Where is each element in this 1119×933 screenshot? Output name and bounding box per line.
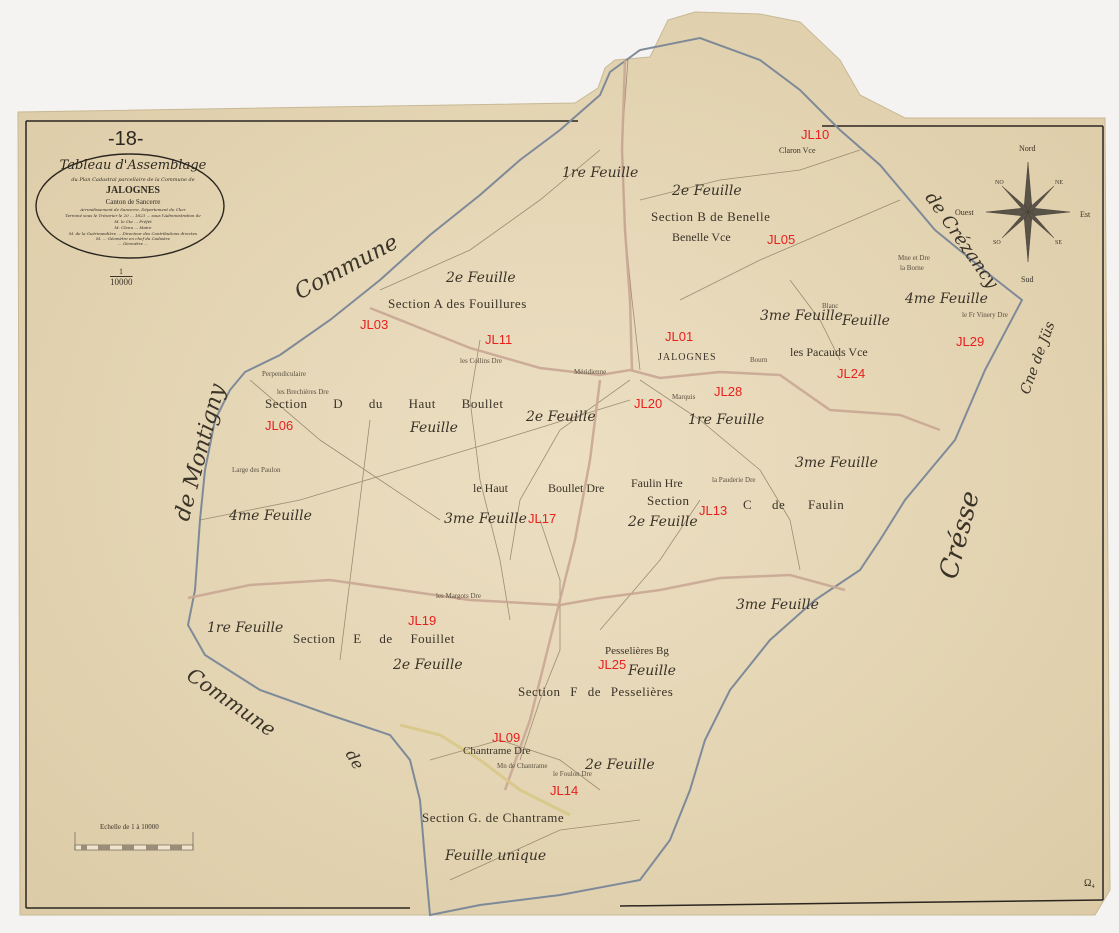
section-c-word: Section	[647, 493, 690, 509]
feuille-label: 2e Feuille	[585, 757, 655, 773]
place-marquis: Marquis	[672, 393, 695, 401]
place-large-paulon: Large des Paulon	[232, 466, 280, 474]
place-faulin: Faulin Hre	[631, 476, 683, 491]
code-jl14[interactable]: JL14	[550, 783, 578, 798]
code-jl09[interactable]: JL09	[492, 730, 520, 745]
section-c-de: de	[772, 497, 785, 513]
feuille-label: 2e Feuille	[628, 514, 698, 530]
code-jl25[interactable]: JL25	[598, 657, 626, 672]
feuille-unique: Feuille unique	[445, 848, 546, 864]
place-haut: le Haut	[473, 481, 508, 496]
cartouche-commune: JALOGNES	[38, 185, 228, 196]
code-jl01[interactable]: JL01	[665, 329, 693, 344]
feuille-label: 2e Feuille	[672, 183, 742, 199]
compass-est: Est	[1080, 210, 1090, 219]
feuille-label: 4me Feuille	[229, 508, 312, 524]
paper-sheet	[18, 12, 1110, 915]
feuille-label: 1re Feuille	[562, 165, 638, 181]
section-c-faulin: Faulin	[808, 497, 844, 513]
place-pauderie: la Pauderie Dre	[712, 476, 756, 484]
code-jl10[interactable]: JL10	[801, 127, 829, 142]
code-jl17[interactable]: JL17	[528, 511, 556, 526]
place-bourn: Bourn	[750, 356, 768, 364]
cartouche-title: Tableau d'Assemblage	[38, 158, 228, 173]
section-f-label: Section F de Pesselières	[518, 684, 673, 700]
place-chantrame-mill: Mn de Chantrame	[497, 762, 548, 770]
place-pacauds: les Pacauds Vce	[790, 345, 868, 360]
feuille-label: 2e Feuille	[526, 409, 596, 425]
place-benelle: Benelle Vce	[672, 230, 731, 245]
section-b-label: Section B de Benelle	[651, 209, 770, 225]
compass-no: NO	[995, 180, 1004, 186]
compass-so: SO	[993, 240, 1001, 246]
code-jl05[interactable]: JL05	[767, 232, 795, 247]
place-jalognes: JALOGNES	[658, 352, 717, 363]
place-vinery: le Fr Vinery Dre	[962, 311, 1008, 319]
cartouche-line: ... Géomètre ...	[38, 241, 228, 246]
cartouche-subtitle: du Plan Cadastral parcellaire de la Comm…	[38, 177, 228, 183]
section-d-label: Section D du Haut Boullet	[265, 396, 503, 412]
place-brechieres: les Brechières Dre	[277, 388, 329, 396]
code-jl19[interactable]: JL19	[408, 613, 436, 628]
compass-ouest: Ouest	[955, 208, 974, 217]
compass-sud: Sud	[1021, 275, 1033, 284]
code-jl06[interactable]: JL06	[265, 418, 293, 433]
scale-denominator: 10000	[110, 277, 133, 287]
place-pesselieres: Pesselières Bg	[605, 645, 669, 657]
compass-ne: NE	[1055, 180, 1063, 186]
feuille-label: Feuille	[410, 420, 458, 436]
cartouche-canton: Canton de Sancerre	[38, 198, 228, 206]
feuille-label: 4me Feuille	[905, 291, 988, 307]
place-boullet: Boullet Dre	[548, 481, 604, 496]
section-e-label: Section E de Fouillet	[293, 631, 455, 647]
feuille-label: 3me Feuille	[736, 597, 819, 613]
code-jl29[interactable]: JL29	[956, 334, 984, 349]
feuille-label: 3me Feuille	[760, 308, 843, 324]
cartouche-line: M. le Cte ... Préfet	[38, 219, 228, 224]
code-jl28[interactable]: JL28	[714, 384, 742, 399]
compass-se: SE	[1055, 240, 1062, 246]
place-collines: les Collins Dre	[460, 357, 502, 365]
perpendiculaire: Perpendiculaire	[262, 370, 306, 378]
section-a-label: Section A des Fouillures	[388, 296, 527, 312]
corner-mark: Ω₄	[1084, 878, 1095, 889]
feuille-label: Feuille	[628, 663, 676, 679]
code-jl20[interactable]: JL20	[634, 396, 662, 411]
scale-bar-label: Echelle de 1 à 10000	[100, 823, 159, 831]
feuille-label: 1re Feuille	[207, 620, 283, 636]
code-jl13[interactable]: JL13	[699, 503, 727, 518]
feuille-label: 2e Feuille	[446, 270, 516, 286]
place-la-borne: la Borne	[900, 264, 924, 272]
code-jl03[interactable]: JL03	[360, 317, 388, 332]
cadastral-map: -18- Tableau d'Assemblage du Plan Cadast…	[0, 0, 1119, 933]
place-mne-dre: Mne et Dre	[898, 254, 930, 262]
place-margots: les Margots Dre	[436, 592, 481, 600]
section-c-letter: C	[743, 497, 752, 513]
feuille-label: Feuille	[842, 313, 890, 329]
code-jl24[interactable]: JL24	[837, 366, 865, 381]
place-chantrame: Chantrame Dre	[463, 745, 531, 757]
cartouche-line: M. Clenu ... Maire	[38, 225, 228, 230]
feuille-label: 1re Feuille	[688, 412, 764, 428]
code-jl11[interactable]: JL11	[485, 332, 512, 347]
feuille-label: 2e Feuille	[393, 657, 463, 673]
place-claron: Claron Vce	[779, 146, 816, 155]
cartouche-line: Terminé sous le Trésorier le 20 ... 1823…	[38, 213, 228, 218]
feuille-label: 3me Feuille	[444, 511, 527, 527]
scale-numerator: 1	[119, 267, 123, 276]
feuille-label: 3me Feuille	[795, 455, 878, 471]
meridienne: Méridienne	[574, 368, 606, 376]
compass-nord: Nord	[1019, 144, 1035, 153]
sheet-number: -18-	[108, 128, 144, 151]
cartouche: Tableau d'Assemblage du Plan Cadastral p…	[38, 155, 228, 251]
cartouche-line: Arrondissement de Sancerre, Département …	[38, 207, 228, 212]
section-g-label: Section G. de Chantrame	[422, 810, 564, 826]
